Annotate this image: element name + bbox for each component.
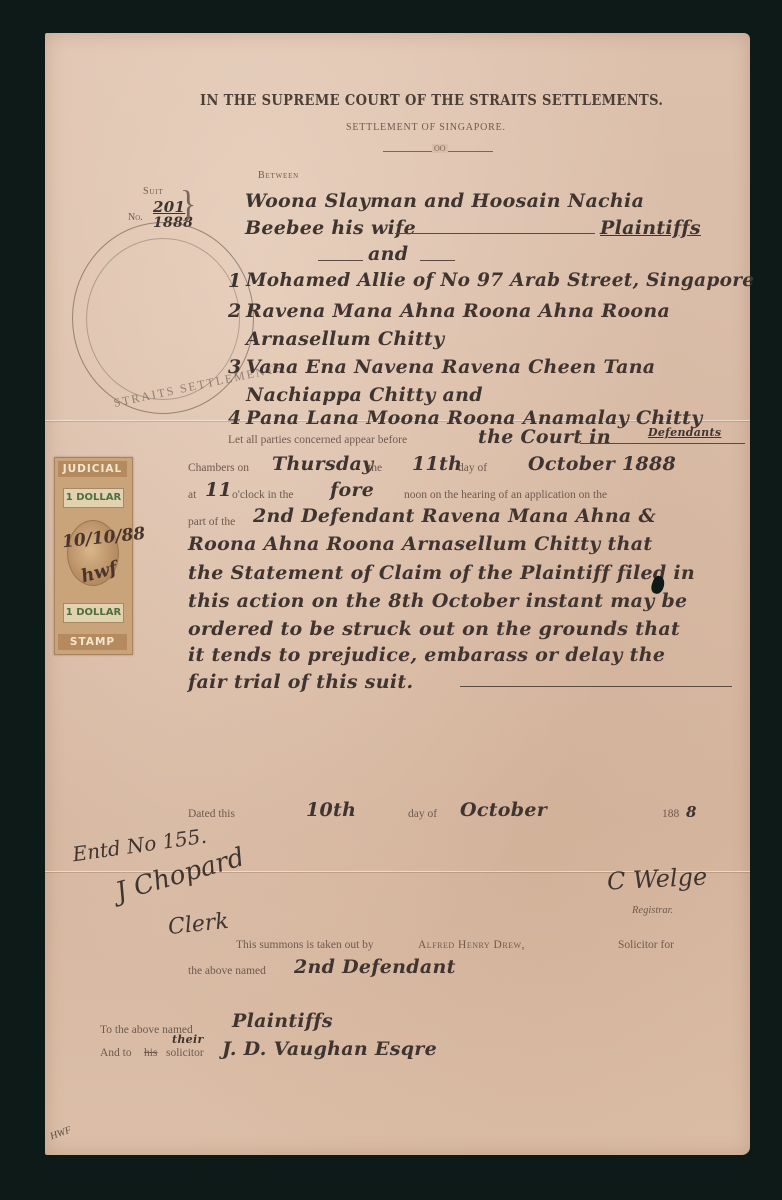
dated-year-hand: 8 [686,803,697,821]
at-printed: at [188,489,196,501]
stamp-value-top: 1 DOLLAR [63,488,124,508]
day-of-printed: day of [458,462,487,474]
hearing-hour: 11 [205,479,232,501]
plaintiffs-line-2: Beebee his wife [245,217,416,239]
hearing-fore: fore [330,479,374,501]
stamp-title: JUDICIAL [58,461,127,477]
suit-bracket: } [180,186,196,223]
and-to-label: And to [100,1047,132,1059]
to-party: Plaintiffs [232,1010,333,1032]
fill-rule [580,443,745,444]
application-line-7: fair trial of this suit. [188,671,413,693]
stamp-value-bottom: 1 DOLLAR [63,603,124,623]
defendant-3-name-line-1: Vana Ena Navena Ravena Cheen Tana [246,356,655,378]
taken-out-printed: This summons is taken out by [236,939,374,951]
defendant-3-number: 3 [228,356,242,378]
dated-label: Dated this [188,808,235,820]
dated-month: October [460,799,547,821]
oclock-printed: o'clock in the [232,489,293,501]
registrar-signature: C Welge [606,862,707,895]
plaintiffs-role: Plaintiffs [600,217,701,239]
suit-no-label: No. [128,212,143,223]
chambers-on-printed: Chambers on [188,462,249,474]
defendant-2-number: 2 [228,300,242,322]
fill-rule [395,233,595,234]
solicitor-label: solicitor [166,1047,204,1059]
defendant-4-number: 4 [228,407,242,429]
stamp-footer: STAMP [58,634,127,650]
defendant-1-number: 1 [228,270,242,292]
fill-rule [460,686,732,687]
court-title: IN THE SUPREME COURT OF THE STRAITS SETT… [200,92,663,109]
defendant-2-name-line-2: Arnasellum Chitty [246,328,444,350]
solicitor-name: Alfred Henry Drew, [418,939,525,951]
plaintiffs-line-1: Woona Slayman and Hoosain Nachia [245,190,644,212]
appear-before-hand: the Court in [478,426,611,448]
defendant-4-name: Pana Lana Moona Roona Anamalay Chitty [246,407,703,429]
hearing-month-year: October 1888 [528,453,676,475]
application-line-5: ordered to be struck out on the grounds … [188,618,680,640]
dated-day-of: day of [408,808,437,820]
defendants-role: Defendants [648,426,721,439]
inserted-word: their [172,1033,204,1046]
struck-word: his [144,1047,157,1059]
fill-rule [420,260,455,261]
application-line-6: it tends to prejudice, embarass or delay… [188,644,665,666]
the-printed: the [368,462,382,474]
defendant-3-name-line-2: Nachiappa Chitty and [246,384,483,406]
suit-label: Suit [143,186,163,197]
hearing-day: 11th [412,453,462,475]
application-line-2: Roona Ahna Roona Arnasellum Chitty that [188,533,652,555]
taken-out-party: 2nd Defendant [294,956,456,978]
dated-day: 10th [306,799,356,821]
noon-printed: noon on the hearing of an application on… [404,489,607,501]
and-label: and [368,243,408,265]
application-line-3: the Statement of Claim of the Plaintiff … [188,562,695,584]
addressed-solicitor: J. D. Vaughan Esqre [222,1038,437,1060]
fill-rule [318,260,363,261]
defendant-1-name: Mohamed Allie of No 97 Arab Street, Sing… [246,270,754,291]
registrar-label: Registrar. [632,905,673,916]
application-line-1: 2nd Defendant Ravena Mana Ahna & [253,505,656,527]
part-of-printed: part of the [188,516,235,528]
solicitor-for: Solicitor for [618,939,674,951]
dated-year-printed: 188 [662,808,679,820]
appear-before-printed: Let all parties concerned appear before [228,434,407,446]
application-line-4: this action on the 8th October instant m… [188,590,687,612]
judicial-stamp: JUDICIAL 1 DOLLAR 10/10/88 hwf 1 DOLLAR … [54,457,133,655]
settlement-subtitle: SETTLEMENT OF SINGAPORE. [346,122,506,133]
above-named-printed: the above named [188,965,266,977]
defendant-2-name-line-1: Ravena Mana Ahna Roona Ahna Roona [246,300,670,322]
hearing-weekday: Thursday [272,453,374,475]
divider-ornament: OO [432,144,448,153]
between-label: Between [258,170,299,181]
